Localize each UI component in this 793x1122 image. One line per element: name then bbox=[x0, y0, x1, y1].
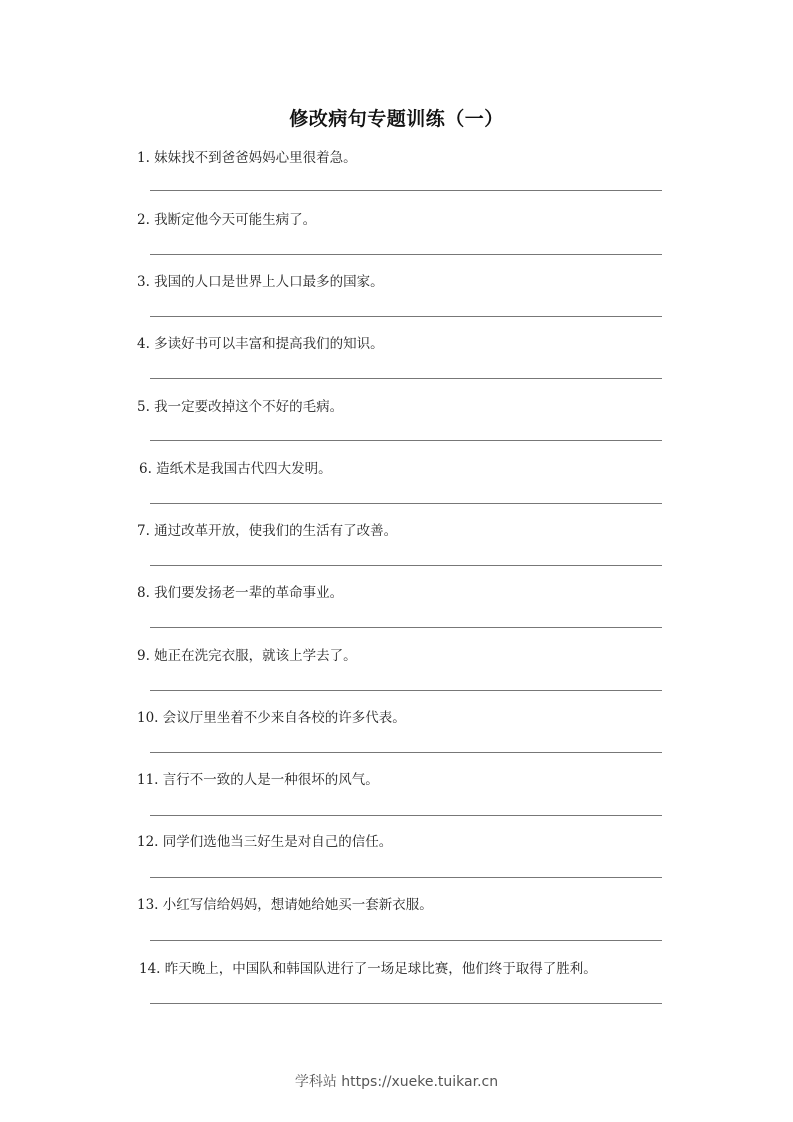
answer-line-9[interactable] bbox=[150, 690, 662, 691]
footer-watermark: 学科站 https://xueke.tuikar.cn bbox=[0, 1071, 793, 1091]
answer-line-7[interactable] bbox=[150, 565, 662, 566]
question-11: 11. 言行不一致的人是一种很坏的风气。 bbox=[137, 768, 379, 788]
question-14: 14. 昨天晚上，中国队和韩国队进行了一场足球比赛，他们终于取得了胜利。 bbox=[139, 957, 597, 977]
answer-line-6[interactable] bbox=[150, 503, 662, 504]
answer-line-8[interactable] bbox=[150, 627, 662, 628]
question-4: 4. 多读好书可以丰富和提高我们的知识。 bbox=[137, 332, 384, 352]
question-6: 6. 造纸术是我国古代四大发明。 bbox=[139, 457, 332, 477]
question-8: 8. 我们要发扬老一辈的革命事业。 bbox=[137, 581, 343, 601]
question-10: 10. 会议厅里坐着不少来自各校的许多代表。 bbox=[137, 706, 406, 726]
question-5: 5. 我一定要改掉这个不好的毛病。 bbox=[137, 395, 343, 415]
question-7: 7. 通过改革开放，使我们的生活有了改善。 bbox=[137, 519, 397, 539]
answer-line-5[interactable] bbox=[150, 440, 662, 441]
answer-line-11[interactable] bbox=[150, 815, 662, 816]
answer-line-1[interactable] bbox=[150, 190, 662, 191]
answer-line-3[interactable] bbox=[150, 316, 662, 317]
question-9: 9. 她正在洗完衣服，就该上学去了。 bbox=[137, 644, 357, 664]
answer-line-10[interactable] bbox=[150, 752, 662, 753]
question-12: 12. 同学们选他当三好生是对自己的信任。 bbox=[137, 830, 392, 850]
answer-line-12[interactable] bbox=[150, 877, 662, 878]
answer-line-13[interactable] bbox=[150, 940, 662, 941]
question-1: 1. 妹妹找不到爸爸妈妈心里很着急。 bbox=[137, 146, 357, 166]
answer-line-2[interactable] bbox=[150, 254, 662, 255]
answer-line-14[interactable] bbox=[150, 1003, 662, 1004]
question-3: 3. 我国的人口是世界上人口最多的国家。 bbox=[137, 270, 384, 290]
question-13: 13. 小红写信给妈妈，想请她给她买一套新衣服。 bbox=[137, 893, 433, 913]
answer-line-4[interactable] bbox=[150, 378, 662, 379]
page-title: 修改病句专题训练（一） bbox=[0, 104, 793, 131]
question-2: 2. 我断定他今天可能生病了。 bbox=[137, 208, 316, 228]
